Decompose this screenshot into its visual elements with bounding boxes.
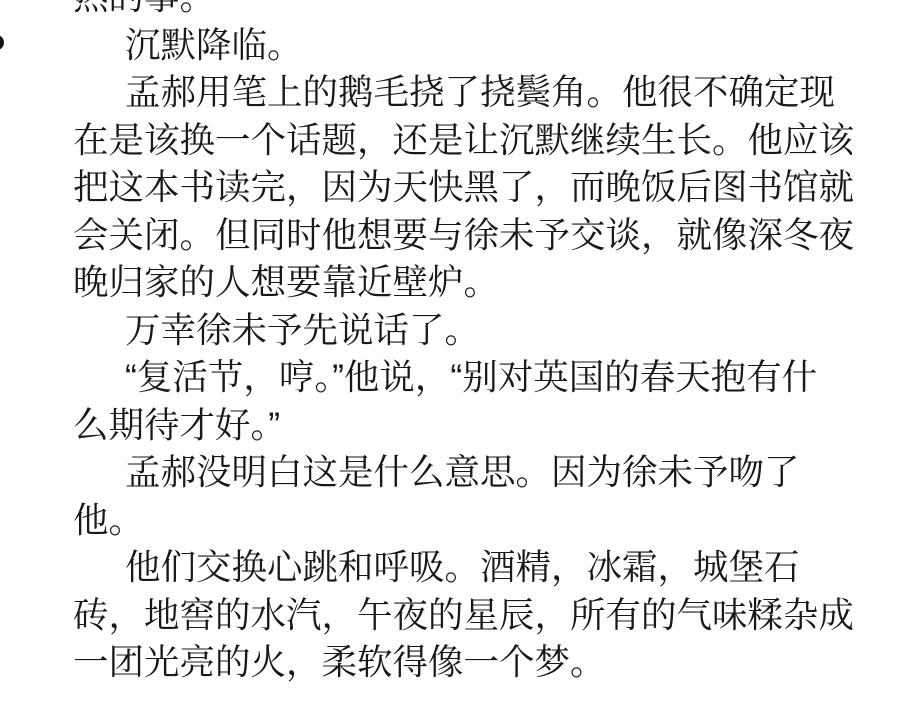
text-line: 砖，地窖的水汽，午夜的星辰，所有的气味糅杂成: [73, 592, 883, 640]
text-line: “复活节，哼。”他说，“别对英国的春天抱有什: [125, 354, 883, 402]
text-line: 孟郝用笔上的鹅毛挠了挠鬓角。他很不确定现: [125, 69, 883, 117]
clipped-bullet-icon: [0, 35, 4, 50]
text-line: 把这本书读完，因为天快黑了，而晚饭后图书馆就: [73, 164, 883, 212]
text-block: 热的事。 沉默降临。 孟郝用笔上的鹅毛挠了挠鬓角。他很不确定现 在是该换一个话题…: [73, 0, 883, 687]
text-line: 孟郝没明白这是什么意思。因为徐未予吻了: [125, 449, 883, 497]
text-line-clipped: 热的事。: [73, 0, 883, 22]
book-page: 热的事。 沉默降临。 孟郝用笔上的鹅毛挠了挠鬓角。他很不确定现 在是该换一个话题…: [0, 0, 900, 703]
text-line: 一团光亮的火，柔软得像一个梦。: [73, 639, 883, 687]
text-line: 晚归家的人想要靠近壁炉。: [73, 259, 883, 307]
text-line: 沉默降临。: [125, 22, 883, 70]
text-line: 万幸徐未予先说话了。: [125, 307, 883, 355]
text-line: 他。: [73, 497, 883, 545]
text-line: 在是该换一个话题，还是让沉默继续生长。他应该: [73, 117, 883, 165]
text-line: 他们交换心跳和呼吸。酒精，冰霜，城堡石: [125, 544, 883, 592]
text-line: 会关闭。但同时他想要与徐未予交谈，就像深冬夜: [73, 212, 883, 260]
text-line: 么期待才好。”: [73, 402, 883, 450]
